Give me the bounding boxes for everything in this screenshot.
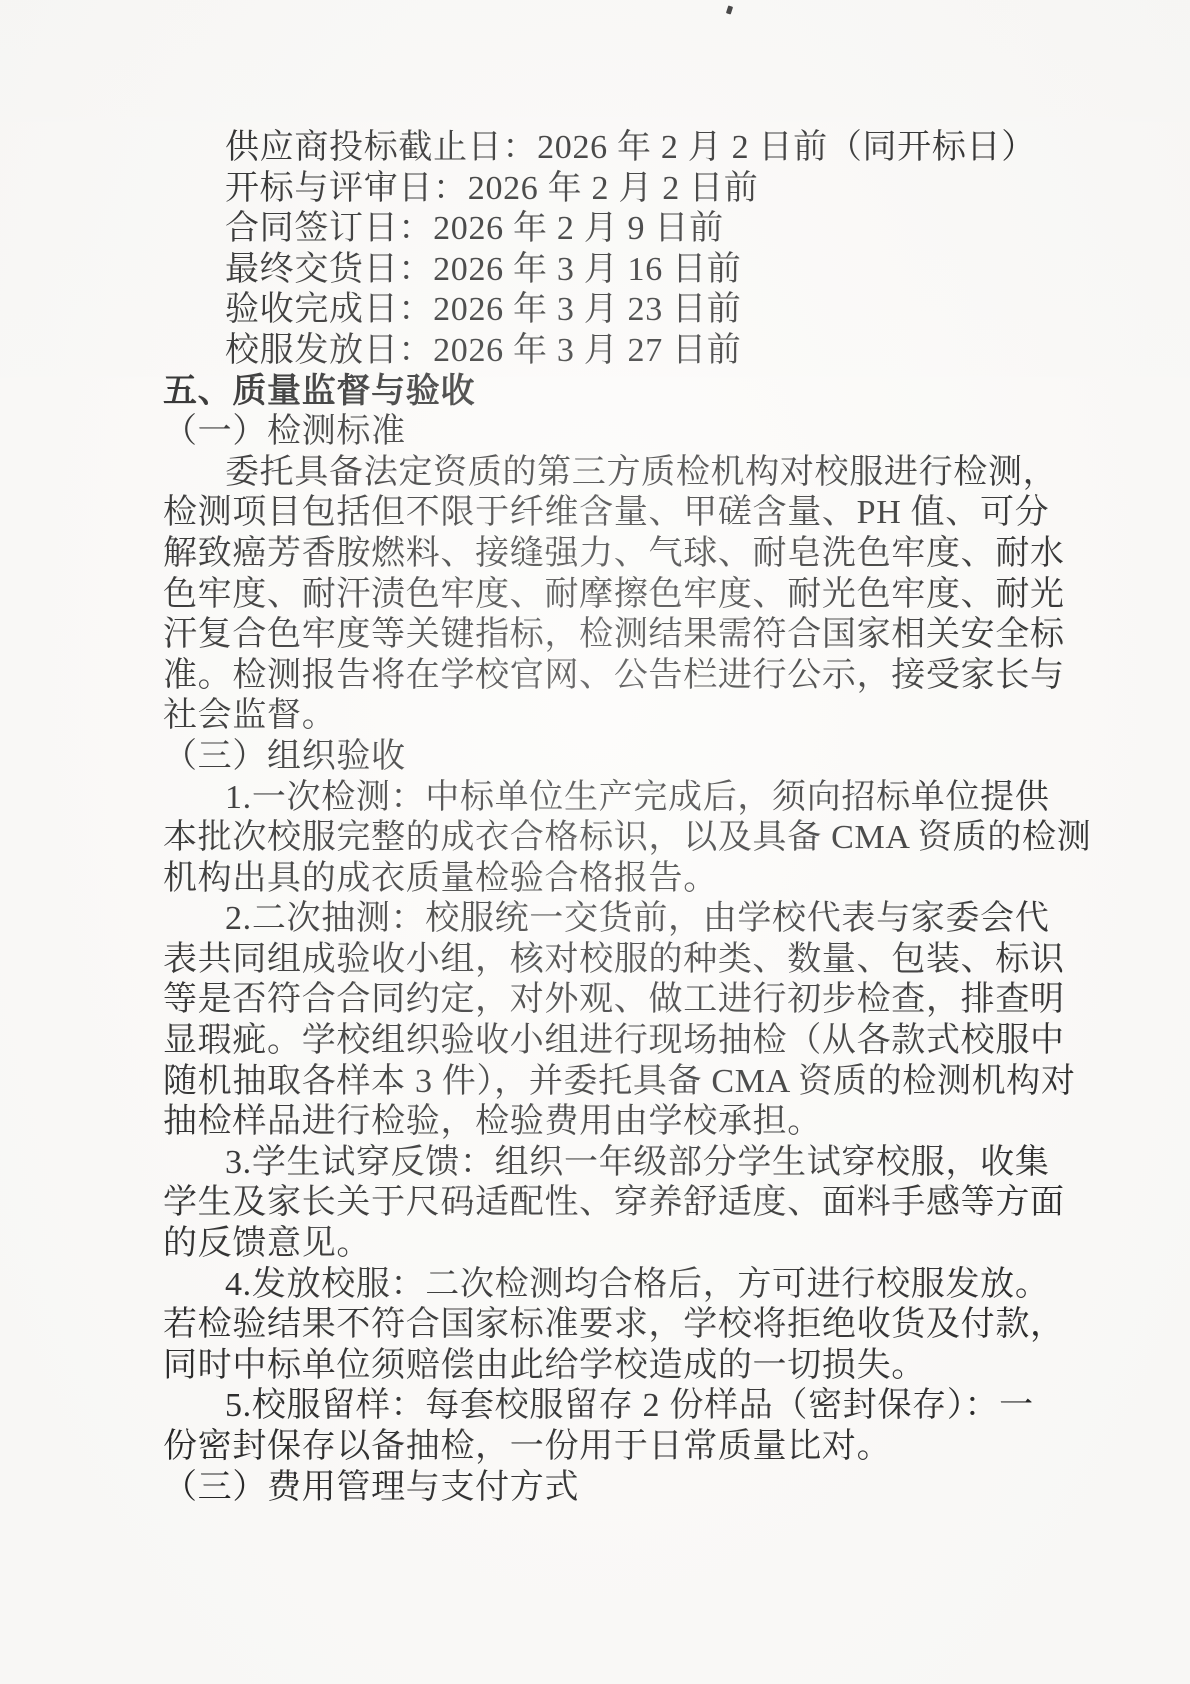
text-line: 机构出具的成衣质量检验合格报告。 [163, 859, 1033, 900]
text-line: 验收完成日：2026 年 3 月 23 日前 [163, 290, 1033, 331]
text-line: 表共同组成验收小组，核对校服的种类、数量、包装、标识 [163, 940, 1033, 981]
text-line: 显瑕疵。学校组织验收小组进行现场抽检（从各款式校服中 [163, 1021, 1033, 1062]
text-line: 2.二次抽测：校服统一交货前，由学校代表与家委会代 [163, 899, 1033, 940]
text-line: 抽检样品进行检验，检验费用由学校承担。 [163, 1102, 1033, 1143]
text-line: 本批次校服完整的成衣合格标识，以及具备 CMA 资质的检测 [163, 818, 1033, 859]
text-line: 1.一次检测：中标单位生产完成后，须向招标单位提供 [163, 778, 1033, 819]
document-body: 供应商投标截止日：2026 年 2 月 2 日前（同开标日）开标与评审日：202… [163, 128, 1033, 1508]
text-line: 供应商投标截止日：2026 年 2 月 2 日前（同开标日） [163, 128, 1033, 169]
text-line: 汗复合色牢度等关键指标，检测结果需符合国家相关安全标 [163, 615, 1033, 656]
text-line: 解致癌芳香胺燃料、接缝强力、气球、耐皂洗色牢度、耐水 [163, 534, 1033, 575]
text-line: 社会监督。 [163, 696, 1033, 737]
text-line: 最终交货日：2026 年 3 月 16 日前 [163, 250, 1033, 291]
scanned-page: 供应商投标截止日：2026 年 2 月 2 日前（同开标日）开标与评审日：202… [0, 0, 1190, 1684]
text-line: 五、质量监督与验收 [163, 372, 1033, 413]
text-line: 合同签订日：2026 年 2 月 9 日前 [163, 209, 1033, 250]
text-line: 学生及家长关于尺码适配性、穿养舒适度、面料手感等方面 [163, 1183, 1033, 1224]
text-line: 4.发放校服：二次检测均合格后，方可进行校服发放。 [163, 1265, 1033, 1306]
scan-speck-artifact [726, 5, 733, 14]
text-line: 开标与评审日：2026 年 2 月 2 日前 [163, 169, 1033, 210]
text-line: （三）组织验收 [163, 737, 1033, 778]
text-line: 检测项目包括但不限于纤维含量、甲磋含量、PH 值、可分 [163, 493, 1033, 534]
text-line: 份密封保存以备抽检，一份用于日常质量比对。 [163, 1427, 1033, 1468]
text-line: 委托具备法定资质的第三方质检机构对校服进行检测， [163, 453, 1033, 494]
text-line: （三）费用管理与支付方式 [163, 1468, 1033, 1509]
text-line: 5.校服留样：每套校服留存 2 份样品（密封保存）：一 [163, 1386, 1033, 1427]
text-line: 等是否符合合同约定，对外观、做工进行初步检查，排查明 [163, 980, 1033, 1021]
text-line: 色牢度、耐汗渍色牢度、耐摩擦色牢度、耐光色牢度、耐光 [163, 575, 1033, 616]
text-line: 3.学生试穿反馈：组织一年级部分学生试穿校服，收集 [163, 1143, 1033, 1184]
text-line: 校服发放日：2026 年 3 月 27 日前 [163, 331, 1033, 372]
text-line: 准。检测报告将在学校官网、公告栏进行公示，接受家长与 [163, 656, 1033, 697]
text-line: 的反馈意见。 [163, 1224, 1033, 1265]
text-line: 若检验结果不符合国家标准要求，学校将拒绝收货及付款， [163, 1305, 1033, 1346]
text-line: 随机抽取各样本 3 件），并委托具备 CMA 资质的检测机构对 [163, 1062, 1033, 1103]
text-line: 同时中标单位须赔偿由此给学校造成的一切损失。 [163, 1346, 1033, 1387]
text-line: （一）检测标准 [163, 412, 1033, 453]
